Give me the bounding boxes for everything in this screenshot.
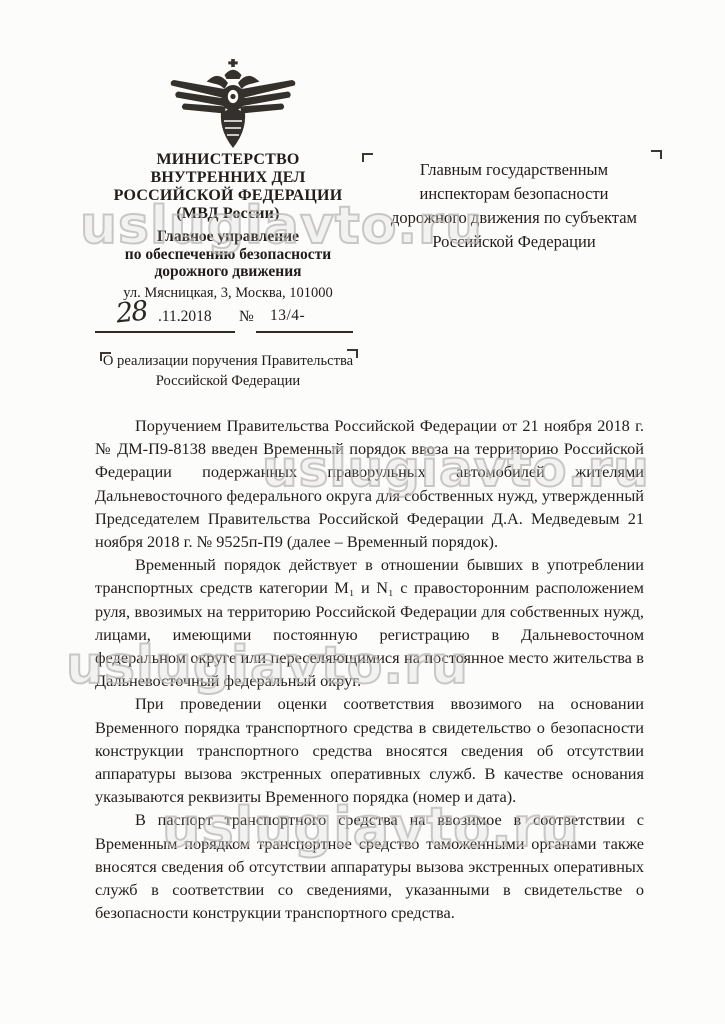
body-paragraph: Поручением Правительства Российской Феде… — [95, 414, 644, 553]
outgoing-number: 13/4- — [270, 307, 305, 325]
sender-org-line: (МВД России) — [78, 205, 378, 223]
number-sign-label: № — [239, 308, 254, 326]
sender-org-line: ВНУТРЕННИХ ДЕЛ — [78, 169, 378, 187]
recipient-line: Российской Федерации — [368, 230, 660, 254]
subject-block: О реализации поручения Правительства Рос… — [99, 351, 357, 391]
sender-org-line: МИНИСТЕРСТВО — [78, 151, 378, 169]
sender-department-line: по обеспечению безопасности — [78, 246, 378, 264]
letter-body: Поручением Правительства Российской Феде… — [95, 414, 644, 924]
body-paragraph: В паспорт транспортного средства на ввоз… — [95, 808, 644, 924]
sender-department-line: Главное управление — [78, 228, 378, 246]
scanned-letter-page: uslugiavto.ru uslugiavto.ru uslugiavto.r… — [0, 0, 725, 1024]
subject-line: Российской Федерации — [99, 371, 357, 391]
sender-department-line: дорожного движения — [78, 263, 378, 281]
body-paragraph: Временный порядок действует в отношении … — [95, 553, 644, 692]
date-underline — [95, 331, 235, 333]
sender-org-line: РОССИЙСКОЙ ФЕДЕРАЦИИ — [78, 187, 378, 205]
sender-letterhead: МИНИСТЕРСТВО ВНУТРЕННИХ ДЕЛ РОССИЙСКОЙ Ф… — [78, 151, 378, 302]
sender-department: Главное управление по обеспечению безопа… — [78, 228, 378, 281]
recipient-block: Главным государственным инспекторам безо… — [368, 158, 660, 254]
handwritten-day: 28 — [114, 295, 147, 329]
recipient-line: инспекторам безопасности — [368, 182, 660, 206]
number-underline — [256, 331, 353, 333]
recipient-line: дорожного движения по субъектам — [368, 206, 660, 230]
recipient-line: Главным государственным — [368, 158, 660, 182]
mvd-eagle-emblem-icon — [168, 58, 298, 150]
subject-line: О реализации поручения Правительства — [99, 351, 357, 371]
body-paragraph: При проведении оценки соответствия ввози… — [95, 692, 644, 808]
printed-date: .11.2018 — [158, 308, 212, 326]
